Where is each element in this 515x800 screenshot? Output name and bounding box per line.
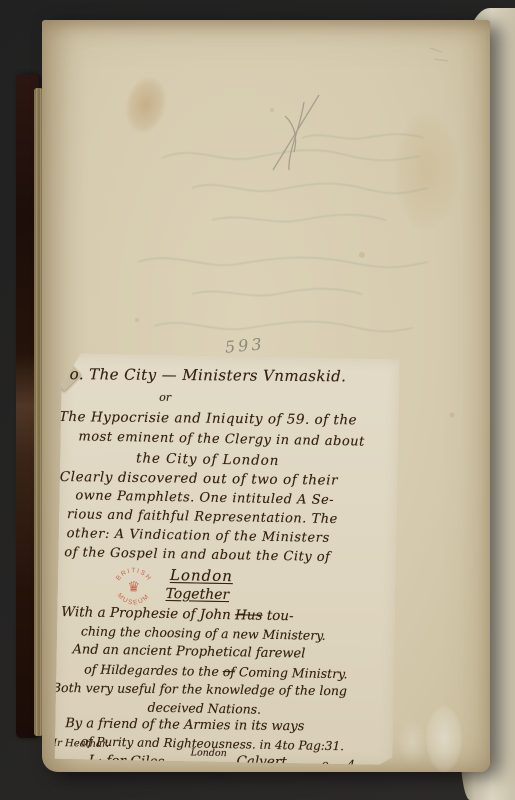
subtitle-line-3: the City of London xyxy=(136,450,280,469)
inserted-word-or: or xyxy=(159,391,171,404)
book-page: 593 BRITISH MUSEUM ♛ o. The City — Minis… xyxy=(42,20,490,772)
pasted-slip: BRITISH MUSEUM ♛ o. The City — Ministers… xyxy=(55,353,400,765)
pencil-folio-number: 593 xyxy=(224,334,265,356)
prophesie-line-2: ching the choosing of a new Ministery. xyxy=(81,623,326,642)
author-line-1: By a friend of the Armies in its ways xyxy=(65,716,304,734)
body-line-3: rious and faithful Representation. The xyxy=(67,507,338,527)
prophesie-line-3: And an ancient Prophetical farewel xyxy=(72,642,305,661)
body-line-2: owne Pamphlets. One intituled A Se- xyxy=(75,488,334,508)
subtitle-line-2: most eminent of the Clergy in and about xyxy=(78,429,365,449)
body-line-6: London xyxy=(170,566,233,585)
together-line: Together xyxy=(165,586,229,603)
body-line-5: of the Gospel in and about the City of xyxy=(64,545,330,565)
prophesie-line-4: of Hildegardes to the of Coming Ministry… xyxy=(84,661,348,681)
photo-stage: 593 BRITISH MUSEUM ♛ o. The City — Minis… xyxy=(0,0,515,800)
title-line: o. The City — Ministers Vnmaskid. xyxy=(70,365,347,385)
british-museum-stamp: BRITISH MUSEUM ♛ xyxy=(109,562,158,611)
crown-icon: ♛ xyxy=(127,578,140,594)
body-line-4: other: A Vindication of the Ministers xyxy=(67,526,330,546)
imprint-london: London xyxy=(191,747,227,759)
prophesie-line-1: With a Prophesie of John Hus tou- xyxy=(61,604,294,624)
subtitle-line-1: The Hypocrisie and Iniquity of 59. of th… xyxy=(59,409,357,428)
owner-annotation: Mr Heathar. xyxy=(47,738,109,750)
useful-line-1: Both very useful for the knowledge of th… xyxy=(52,680,347,698)
useful-line-2: deceived Nations. xyxy=(147,700,261,717)
body-line-1: Clearly discovered out of two of their xyxy=(60,469,339,489)
